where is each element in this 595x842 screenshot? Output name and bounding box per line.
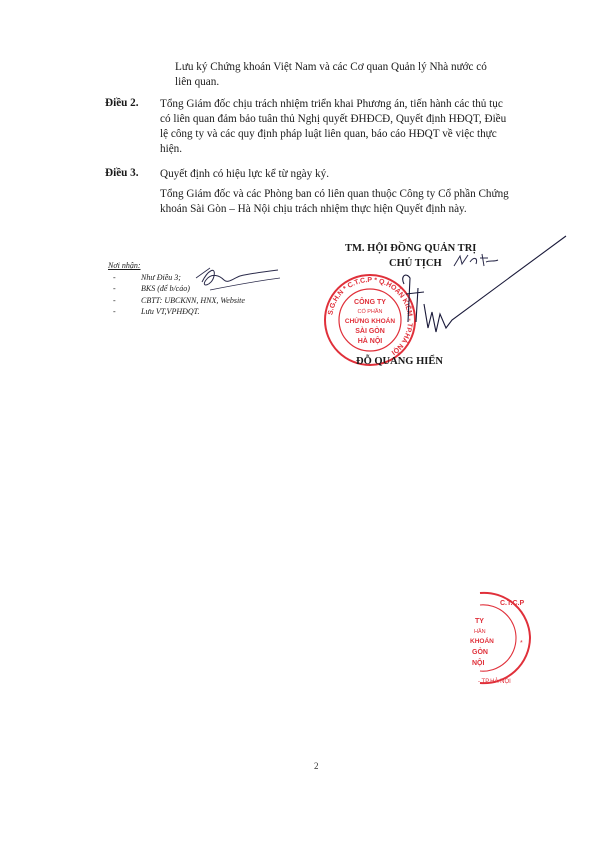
article-3-body: Quyết định có hiệu lực kể từ ngày ký. xyxy=(160,167,329,182)
svg-text:HÀ NỘI: HÀ NỘI xyxy=(358,336,383,345)
page-edge-seal-icon: C.T.C.P TY HẦN KHOÁN GÒN NỘI * - TP.HÀ N… xyxy=(470,583,550,693)
svg-text:HẦN: HẦN xyxy=(474,628,486,635)
text-line: Tổng Giám đốc và các Phòng ban có liên q… xyxy=(160,187,509,202)
text-line: Tổng Giám đốc chịu trách nhiệm triển kha… xyxy=(160,97,506,112)
intro-continuation: Lưu ký Chứng khoán Việt Nam và các Cơ qu… xyxy=(175,60,487,90)
bullet-dash: - xyxy=(113,272,141,284)
chairman-signature-icon xyxy=(380,232,570,352)
svg-text:GÒN: GÒN xyxy=(472,647,488,656)
article-2-body: Tổng Giám đốc chịu trách nhiệm triển kha… xyxy=(160,97,506,157)
text-line: Quyết định có hiệu lực kể từ ngày ký. xyxy=(160,167,329,182)
svg-text:*: * xyxy=(520,640,523,647)
bullet-dash: - xyxy=(113,283,141,295)
document-page: Lưu ký Chứng khoán Việt Nam và các Cơ qu… xyxy=(0,0,595,842)
article-3-paragraph-2: Tổng Giám đốc và các Phòng ban có liên q… xyxy=(160,187,509,217)
bullet-dash: - xyxy=(113,295,141,307)
text-line: hiện. xyxy=(160,142,506,157)
text-line: liên quan. xyxy=(175,75,487,90)
article-3-label: Điều 3. xyxy=(105,167,139,179)
svg-text:CỔ PHẦN: CỔ PHẦN xyxy=(357,308,382,315)
text-line: lệ công ty và các quy định pháp luật liê… xyxy=(160,127,506,142)
svg-text:- TP.HÀ NỘI: - TP.HÀ NỘI xyxy=(478,678,511,685)
svg-text:NỘI: NỘI xyxy=(472,658,485,667)
svg-text:TY: TY xyxy=(475,618,484,625)
page-number: 2 xyxy=(314,761,319,771)
text-line: có liên quan đảm bảo tuân thủ Nghị quyết… xyxy=(160,112,506,127)
signatory-name: ĐỖ QUANG HIỂN xyxy=(356,356,443,367)
svg-text:KHOÁN: KHOÁN xyxy=(470,636,494,645)
svg-text:C.T.C.P: C.T.C.P xyxy=(500,600,524,607)
text-line: Lưu ký Chứng khoán Việt Nam và các Cơ qu… xyxy=(175,60,487,75)
bullet-dash: - xyxy=(113,306,141,318)
recipient-item: -Lưu VT,VPHĐQT. xyxy=(113,306,245,318)
text-line: khoán Sài Gòn – Hà Nội chịu trách nhiệm … xyxy=(160,202,509,217)
article-2-label: Điều 2. xyxy=(105,97,139,109)
initials-signature-icon xyxy=(190,262,285,304)
